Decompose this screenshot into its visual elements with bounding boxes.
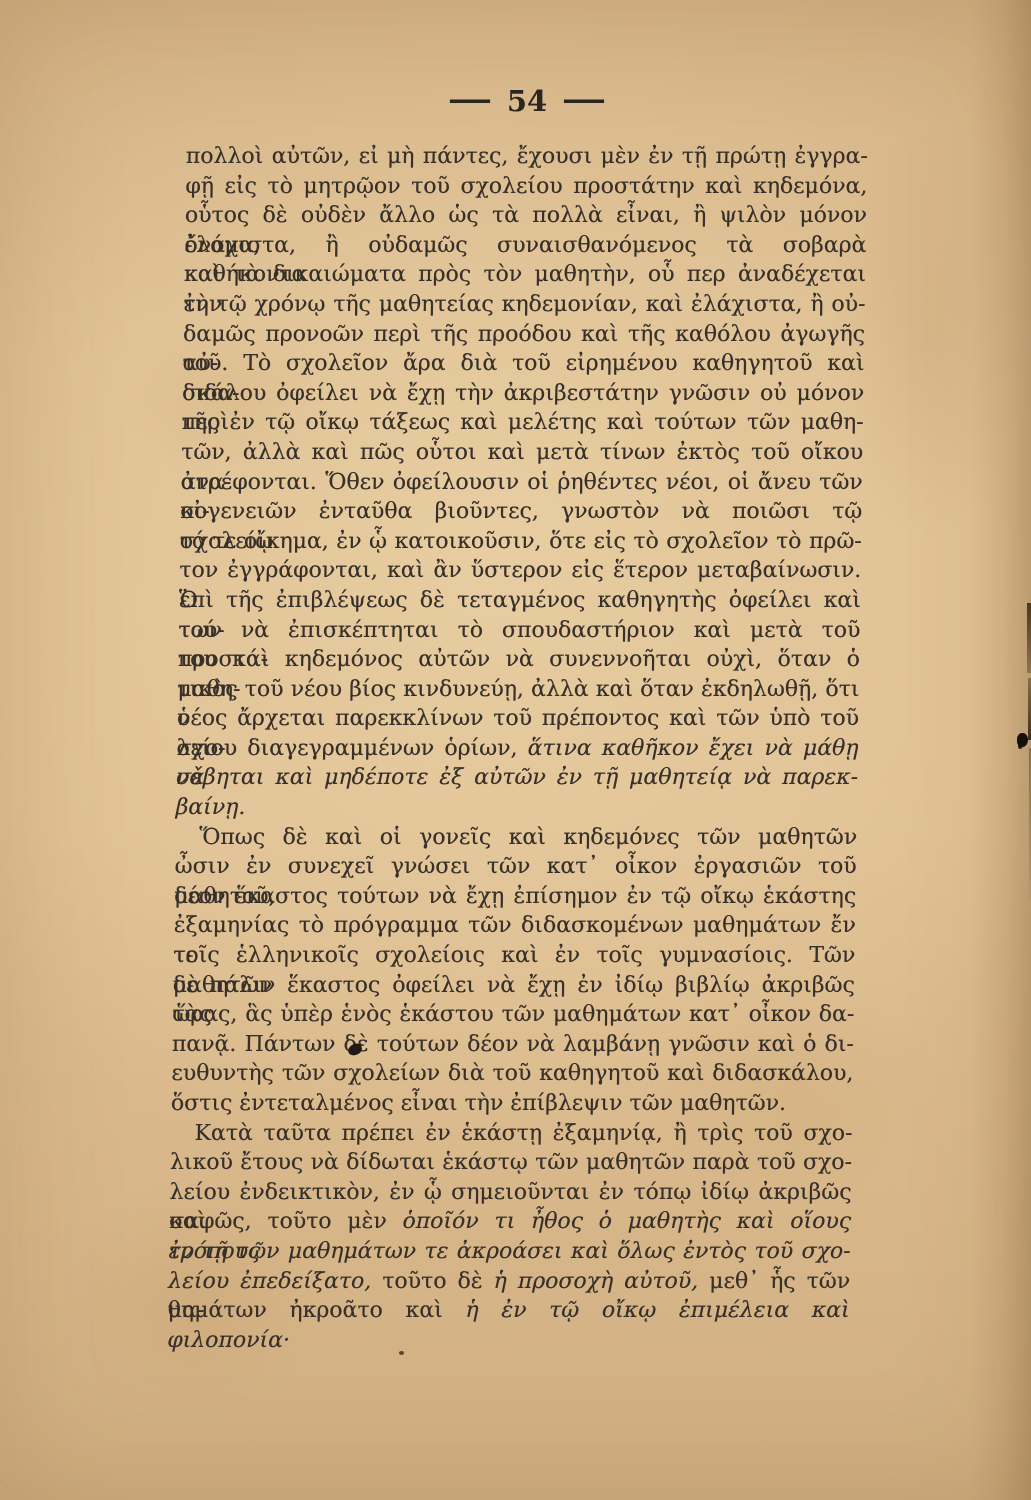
text-line: των νὰ ἐπισκέπτηται τὸ σπουδαστήριον καὶ… <box>178 616 860 646</box>
text-line: ὦσιν ἐν συνεχεῖ γνώσει τῶν κατ᾽ οἶκον ἐρ… <box>174 852 856 882</box>
text-run: λείου διαγεγραμμένων ὁρίων, <box>176 736 528 761</box>
text-line: ὅστις ἐντεταλμένος εἶναι τὴν ἐπίβλεψιν τ… <box>171 1089 853 1119</box>
text-run: θημάτων ἠκροᾶτο καὶ <box>167 1298 465 1323</box>
text-run: ὥρας, ἃς ὑπὲρ ἑνὸς ἑκάστου τῶν μαθημάτων… <box>172 1002 854 1027</box>
text-line: βαίνῃ. <box>175 793 857 823</box>
text-line: τικὸς τοῦ νέου βίος κινδυνεύῃ, ἀλλὰ καὶ … <box>177 675 859 705</box>
text-line: λείου ἐνδεικτικὸν, ἐν ᾧ σημειοῦνται ἐν τ… <box>169 1178 851 1208</box>
text-run: λικοῦ ἔτους νὰ δίδωται ἑκάστῳ τῶν μαθητῶ… <box>170 1150 852 1175</box>
text-line: πολλοὶ αὐτῶν, εἰ μὴ πάντες, ἔχουσι μὲν ἐ… <box>186 142 868 172</box>
text-line: λείου ἐπεδείξατο, τοῦτο δὲ ἡ προσοχὴ αὐτ… <box>168 1267 850 1297</box>
header-left-dash: — <box>447 82 492 117</box>
ink-blot-right-edge <box>1017 733 1028 747</box>
text-line: τῶν, ἀλλὰ καὶ πῶς οὗτοι καὶ μετὰ τίνων ἐ… <box>181 438 863 468</box>
text-run-italic: ἡ προσοχὴ αὐτοῦ, <box>493 1269 698 1294</box>
text-run-italic: σέβηται καὶ μηδέποτε ἐξ αὐτῶν ἐν τῇ μαθη… <box>176 765 858 790</box>
text-run: ὅστις ἐντεταλμένος εἶναι τὴν ἐπίβλεψιν τ… <box>171 1091 786 1116</box>
text-line: λείου διαγεγραμμένων ὁρίων, ἅτινα καθῆκο… <box>176 734 858 764</box>
text-run: δέον ἕκαστος τούτων νὰ ἔχῃ ἐπίσημον ἐν τ… <box>174 884 856 909</box>
text-run: σαφῶς, τοῦτο μὲν <box>169 1209 403 1234</box>
text-line: ὥρας, ἃς ὑπὲρ ἑνὸς ἑκάστου τῶν μαθημάτων… <box>172 1000 854 1030</box>
text-line: τοῖς ἑλληνικοῖς σχολείοις καὶ ἐν τοῖς γυ… <box>173 941 855 971</box>
text-run: φῇ εἰς τὸ μητρῷον τοῦ σχολείου προστάτην… <box>185 174 867 199</box>
text-line: πανᾷ. Πάντων δὲ τούτων δέον νὰ λαμβάνῃ γ… <box>172 1030 854 1060</box>
text-run: πολλοὶ αὐτῶν, εἰ μὴ πάντες, ἔχουσι μὲν ἐ… <box>186 144 868 169</box>
text-run: Ὅπως δὲ καὶ οἱ γονεῖς καὶ κηδεμόνες τῶν … <box>199 825 857 850</box>
text-line: δέον ἕκαστος τούτων νὰ ἔχῃ ἐπίσημον ἐν τ… <box>174 882 856 912</box>
ink-speck <box>399 1351 404 1355</box>
text-line: λικοῦ ἔτους νὰ δίδωται ἑκάστῳ τῶν μαθητῶ… <box>170 1148 852 1178</box>
text-run: πανᾷ. Πάντων δὲ τούτων δέον νὰ λαμβάνῃ γ… <box>172 1032 854 1057</box>
text-line: τῆς ἐν τῷ οἴκῳ τάξεως καὶ μελέτης καὶ το… <box>181 408 863 438</box>
text-line: θημάτων ἠκροᾶτο καὶ ἡ ἐν τῷ οἴκῳ ἐπιμέλε… <box>167 1296 849 1326</box>
text-run: Κατὰ ταῦτα πρέπει ἐν ἑκάστῃ ἐξαμηνίᾳ, ἢ … <box>194 1121 852 1146</box>
text-line: δαμῶς προνοῶν περὶ τῆς προόδου καὶ τῆς κ… <box>183 320 865 350</box>
page-edge-shadow <box>971 0 1031 1500</box>
scanned-book-page: —54— πολλοὶ αὐτῶν, εἰ μὴ πάντες, ἔχουσι … <box>0 0 1031 1500</box>
text-line: Κατὰ ταῦτα πρέπει ἐν ἑκάστῃ ἐξαμηνίᾳ, ἢ … <box>170 1119 852 1149</box>
text-run: τό τε οἴκημα, ἐν ᾧ κατοικοῦσιν, ὅτε εἰς … <box>180 529 862 554</box>
text-line: δὲ πάλιν ἕκαστος ὀφείλει νὰ ἔχῃ ἐν ἰδίῳ … <box>173 971 855 1001</box>
text-line: ἐν τῷ χρόνῳ τῆς μαθητείας κηδεμονίαν, κα… <box>183 290 865 320</box>
text-run: τοῦτο δὲ <box>382 1269 494 1294</box>
text-run: ευθυντὴς τῶν σχολείων διὰ τοῦ καθηγητοῦ … <box>171 1061 853 1086</box>
text-line: ἐλάχιστα, ἢ οὐδαμῶς συναισθανόμενος τὰ σ… <box>184 231 866 261</box>
text-line: στρέφονται. Ὅθεν ὀφείλουσιν οἱ ῥηθέντες … <box>180 468 862 498</box>
text-line: κογενειῶν ἐνταῦθα βιοῦντες, γνωστὸν νὰ π… <box>180 497 862 527</box>
header-right-dash: — <box>562 82 607 117</box>
page-header: —54— <box>186 84 868 119</box>
text-line: ευθυντὴς τῶν σχολείων διὰ τοῦ καθηγητοῦ … <box>171 1059 853 1089</box>
text-run-italic: ἐν τῇ τῶν μαθημάτων τε ἀκροάσει καὶ ὅλως… <box>168 1239 850 1264</box>
text-line: νέος ἄρχεται παρεκκλίνων τοῦ πρέποντος κ… <box>177 704 859 734</box>
text-line: τό τε οἴκημα, ἐν ᾧ κατοικοῦσιν, ὅτε εἰς … <box>179 527 861 557</box>
text-line: σέβηται καὶ μηδέποτε ἐξ αὐτῶν ἐν τῇ μαθη… <box>176 763 858 793</box>
text-line: οὗτος δὲ οὐδὲν ἄλλο ὡς τὰ πολλὰ εἶναι, ἢ… <box>185 201 867 231</box>
text-line: τοῦ. Τὸ σχολεῖον ἄρα διὰ τοῦ εἰρημένου κ… <box>182 349 864 379</box>
text-line: Ὅπως δὲ καὶ οἱ γονεῖς καὶ κηδεμόνες τῶν … <box>175 823 857 853</box>
text-block: πολλοὶ αὐτῶν, εἰ μὴ πάντες, ἔχουσι μὲν ἐ… <box>167 142 868 1326</box>
text-line: φῇ εἰς τὸ μητρῷον τοῦ σχολείου προστάτην… <box>185 172 867 202</box>
text-run-italic: λείου ἐπεδείξατο, <box>168 1269 383 1294</box>
text-line: του καὶ κηδεμόνος αὐτῶν νὰ συνεννοῆται ο… <box>178 645 860 675</box>
text-line: σαφῶς, τοῦτο μὲν ὁποῖόν τι ἦθος ὁ μαθητὴ… <box>169 1207 851 1237</box>
text-run: τῆς ἐν τῷ οἴκῳ τάξεως καὶ μελέτης καὶ το… <box>181 410 863 435</box>
text-line: ἐπὶ τῆς ἐπιβλέψεως δὲ τεταγμένος καθηγητ… <box>179 586 861 616</box>
text-line: σκάλου ὀφείλει νὰ ἔχῃ τὴν ἀκριβεστάτην γ… <box>182 379 864 409</box>
text-line: καὶ τὰ δικαιώματα πρὸς τὸν μαθητὴν, οὗ π… <box>184 260 866 290</box>
text-run: ἐν τῷ χρόνῳ τῆς μαθητείας κηδεμονίαν, κα… <box>183 292 865 317</box>
text-run-italic: βαίνῃ. <box>175 795 245 820</box>
text-line: τον ἐγγράφονται, καὶ ἂν ὕστερον εἰς ἕτερ… <box>179 556 861 586</box>
page-edge-mark <box>1027 603 1031 673</box>
text-line: ἐν τῇ τῶν μαθημάτων τε ἀκροάσει καὶ ὅλως… <box>168 1237 850 1267</box>
page-number: 54 <box>507 84 547 118</box>
text-line: ἐξαμηνίας τὸ πρόγραμμα τῶν διδασκομένων … <box>173 911 855 941</box>
